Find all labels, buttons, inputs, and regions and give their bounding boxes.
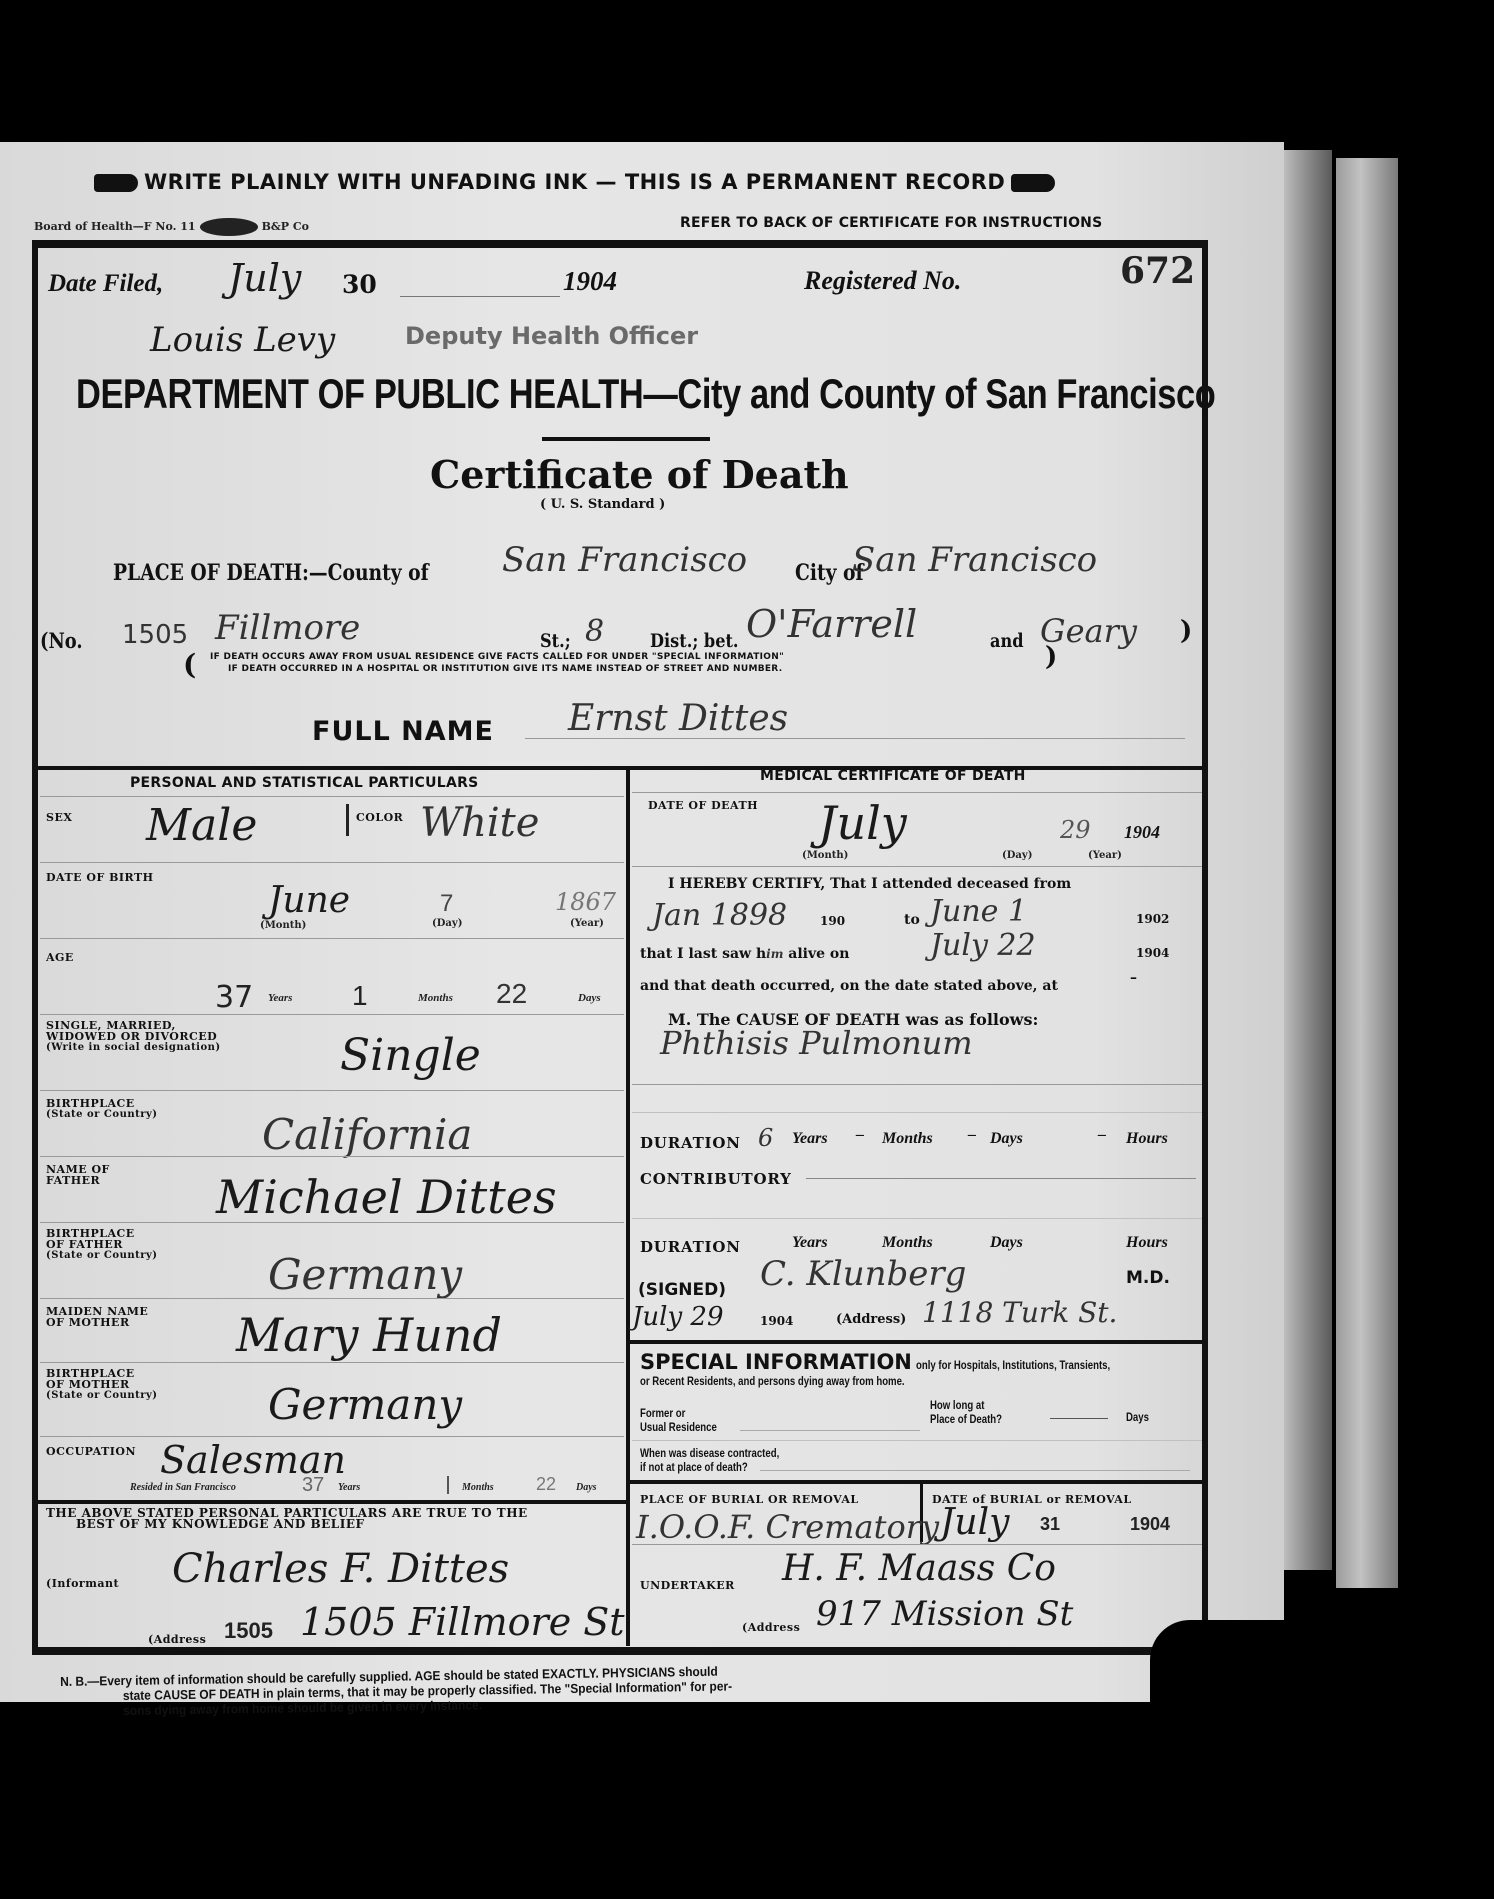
- death-month: July: [818, 796, 907, 850]
- informant-statement: THE ABOVE STATED PERSONAL PARTICULARS AR…: [46, 1508, 528, 1530]
- how-long-label: How long at Place of Death?: [930, 1398, 1002, 1426]
- duration-months: –: [856, 1126, 864, 1144]
- special-info-note: or Recent Residents, and persons dying a…: [640, 1374, 905, 1388]
- book-page-edge: [1336, 158, 1398, 1588]
- informant-name: Charles F. Dittes: [172, 1546, 509, 1592]
- officer-signature: Louis Levy: [150, 320, 335, 360]
- refer-instructions: REFER TO BACK OF CERTIFICATE FOR INSTRUC…: [680, 215, 1102, 231]
- time-value: –: [1130, 970, 1137, 986]
- between-street-1: O'Farrell: [746, 602, 917, 646]
- duration2-hours-unit: Hours: [1126, 1234, 1168, 1252]
- close-paren: ): [1180, 616, 1192, 646]
- mother-birthplace-label: BIRTHPLACE OF MOTHER (State or Country): [46, 1368, 158, 1401]
- death-street-number: 1505: [122, 620, 188, 650]
- duration-years-unit: Years: [792, 1130, 828, 1148]
- attended-from: Jan 1898: [652, 898, 787, 933]
- title-rule: [542, 437, 710, 441]
- age-days-unit: Days: [578, 992, 601, 1004]
- certificate-title: Certificate of Death: [430, 452, 849, 497]
- undertaker-name: H. F. Maass Co: [782, 1548, 1056, 1589]
- resided-years-unit: Years: [338, 1482, 360, 1493]
- book-spine-edge: [1284, 150, 1332, 1570]
- date-filed-label: Date Filed,: [48, 270, 163, 298]
- father-birthplace-value: Germany: [268, 1250, 462, 1299]
- mother-name-value: Mary Hund: [236, 1308, 502, 1362]
- dob-label: DATE OF BIRTH: [46, 872, 154, 883]
- age-years-unit: Years: [268, 992, 292, 1004]
- standard-subtitle: ( U. S. Standard ): [540, 497, 665, 512]
- permanent-record-banner: WRITE PLAINLY WITH UNFADING INK — THIS I…: [88, 170, 1061, 194]
- burial-year: 1904: [1130, 1514, 1170, 1535]
- disease-contracted-label: When was disease contracted, if not at p…: [640, 1446, 779, 1474]
- date-filed-year: 1904: [563, 266, 617, 297]
- informant-address: 1505 Fillmore St: [300, 1600, 625, 1644]
- undertaker-label: UNDERTAKER: [640, 1580, 735, 1591]
- death-county: San Francisco: [502, 540, 747, 580]
- undertaker-address-label: (Address: [742, 1622, 800, 1633]
- column-divider: [626, 766, 630, 1646]
- note-open-paren: (: [183, 648, 196, 681]
- color-value: White: [420, 800, 539, 846]
- death-day: 29: [1060, 816, 1091, 844]
- attended-to-year: 1902: [1136, 912, 1169, 926]
- note-close-paren: ): [1045, 642, 1057, 672]
- occurred-text: and that death occurred, on the date sta…: [640, 978, 1058, 994]
- from-year-prefix: 190: [820, 914, 845, 928]
- registered-number: 672: [1120, 250, 1195, 292]
- resided-label: Resided in San Francisco: [130, 1482, 236, 1493]
- duration2-label: DURATION: [640, 1238, 741, 1256]
- pointing-hand-left-icon: [94, 174, 138, 192]
- place-note-2: IF DEATH OCCURRED IN A HOSPITAL OR INSTI…: [228, 664, 782, 675]
- duration-hours: –: [1098, 1126, 1106, 1144]
- duration-hours-unit: Hours: [1126, 1130, 1168, 1148]
- dist-bet-label: Dist.; bet.: [650, 630, 739, 652]
- father-name-label: NAME OF FATHER: [46, 1164, 110, 1186]
- resided-days: 22: [536, 1474, 556, 1495]
- death-district: 8: [585, 614, 604, 649]
- duration-days: –: [968, 1126, 976, 1144]
- attended-to: June 1: [930, 894, 1027, 929]
- days-label: Days: [1126, 1410, 1149, 1424]
- full-name-label: FULL NAME: [312, 716, 494, 747]
- st-label: St.;: [540, 630, 571, 652]
- personal-heading: PERSONAL AND STATISTICAL PARTICULARS: [130, 775, 479, 791]
- sex-value: Male: [146, 800, 257, 851]
- burial-month: July: [940, 1502, 1009, 1543]
- dob-year: 1867: [555, 888, 616, 916]
- informant-address-label: (Address: [148, 1634, 206, 1645]
- cause-of-death: Phthisis Pulmonum: [660, 1024, 973, 1062]
- place-note-1: IF DEATH OCCURS AWAY FROM USUAL RESIDENC…: [210, 652, 784, 663]
- age-label: AGE: [46, 952, 74, 963]
- burial-place: I.O.O.F. Crematory: [636, 1508, 939, 1546]
- death-day-caption: (Day): [1002, 850, 1032, 861]
- place-of-death-label: PLACE OF DEATH:—County of: [113, 560, 429, 586]
- dob-year-caption: (Year): [570, 918, 604, 929]
- former-residence-field: [740, 1430, 920, 1431]
- contributory-label: CONTRIBUTORY: [640, 1170, 792, 1188]
- dob-month: June: [268, 880, 350, 921]
- sex-label: SEX: [46, 812, 72, 823]
- dob-month-caption: (Month): [260, 920, 306, 931]
- alive-on-label: alive on: [788, 946, 849, 962]
- former-residence-label: Former or Usual Residence: [640, 1406, 717, 1434]
- full-name-value: Ernst Dittes: [568, 698, 788, 739]
- date-filed-month: July: [228, 256, 301, 300]
- pointing-hand-right-icon: [1011, 174, 1055, 192]
- contributory-field: [806, 1178, 1196, 1179]
- mother-name-label: MAIDEN NAME OF MOTHER: [46, 1306, 148, 1328]
- certify-text: I HEREBY CERTIFY, That I attended deceas…: [668, 876, 1071, 892]
- physician-signature: C. Klunberg: [760, 1254, 966, 1294]
- signed-year: 1904: [760, 1314, 793, 1328]
- md-label: M.D.: [1126, 1268, 1170, 1288]
- age-years: 37: [215, 980, 253, 1015]
- disease-contracted-field: [760, 1470, 1190, 1471]
- death-city: San Francisco: [852, 540, 1097, 580]
- marital-value: Single: [340, 1030, 481, 1081]
- resided-years: 37: [302, 1474, 324, 1497]
- duration2-years-unit: Years: [792, 1234, 828, 1252]
- officer-title: Deputy Health Officer: [405, 322, 698, 350]
- physician-address-label: (Address): [836, 1312, 906, 1327]
- father-birthplace-label: BIRTHPLACE OF FATHER (State or Country): [46, 1228, 158, 1261]
- duration-years: 6: [758, 1124, 773, 1152]
- resided-months-unit: Months: [462, 1482, 494, 1493]
- medical-heading: MEDICAL CERTIFICATE OF DEATH: [760, 768, 1026, 784]
- resided-days-unit: Days: [576, 1482, 597, 1493]
- registered-no-label: Registered No.: [804, 266, 961, 296]
- signed-date: July 29: [632, 1302, 724, 1332]
- duration-days-unit: Days: [990, 1130, 1023, 1148]
- death-year: 1904: [1124, 822, 1160, 843]
- department-heading: DEPARTMENT OF PUBLIC HEALTH—City and Cou…: [76, 370, 1215, 418]
- birthplace-label: BIRTHPLACE (State or Country): [46, 1098, 158, 1120]
- birthplace-value: California: [262, 1110, 472, 1159]
- form-id: Board of Health—F No. 11B&P Co: [34, 218, 309, 236]
- death-month-caption: (Month): [802, 850, 848, 861]
- to-label: to: [904, 912, 920, 928]
- father-name-value: Michael Dittes: [216, 1170, 557, 1224]
- age-days: 22: [496, 978, 527, 1010]
- last-saw-year: 1904: [1136, 946, 1169, 960]
- death-street: Fillmore: [215, 608, 360, 648]
- duration2-days-unit: Days: [990, 1234, 1023, 1252]
- thumb-shadow: [1150, 1620, 1340, 1899]
- last-saw-date: July 22: [930, 928, 1036, 963]
- special-info-heading: SPECIAL INFORMATION only for Hospitals, …: [640, 1350, 1159, 1374]
- color-label: COLOR: [356, 812, 403, 823]
- duration-months-unit: Months: [882, 1130, 933, 1148]
- last-saw-pronoun: im: [766, 947, 783, 961]
- duration2-months-unit: Months: [882, 1234, 933, 1252]
- address-no-label: (No.: [40, 628, 83, 653]
- age-months-unit: Months: [418, 992, 453, 1004]
- mother-birthplace-value: Germany: [268, 1380, 462, 1429]
- informant-address-number: 1505: [224, 1618, 273, 1644]
- informant-label: (Informant: [46, 1578, 119, 1589]
- last-saw-label: that I last saw h: [640, 946, 766, 962]
- burial-place-label: PLACE OF BURIAL OR REMOVAL: [640, 1494, 859, 1505]
- dob-day: 7: [440, 890, 453, 918]
- how-long-field: [1050, 1418, 1108, 1419]
- undertaker-address: 917 Mission St: [816, 1594, 1073, 1634]
- dob-day-caption: (Day): [432, 918, 462, 929]
- physician-address: 1118 Turk St.: [922, 1296, 1117, 1329]
- and-label: and: [990, 630, 1024, 652]
- union-label-seal-icon: [200, 218, 258, 236]
- signed-label: (SIGNED): [638, 1280, 726, 1300]
- date-of-death-label: DATE OF DEATH: [648, 800, 758, 811]
- age-months: 1: [352, 980, 368, 1012]
- duration-label: DURATION: [640, 1134, 741, 1152]
- death-year-caption: (Year): [1088, 850, 1122, 861]
- occupation-label: OCCUPATION: [46, 1446, 136, 1457]
- date-filed-day: 30: [342, 270, 377, 299]
- marital-label: SINGLE, MARRIED, WIDOWED OR DIVORCED (Wr…: [46, 1020, 221, 1053]
- burial-day: 31: [1040, 1514, 1060, 1535]
